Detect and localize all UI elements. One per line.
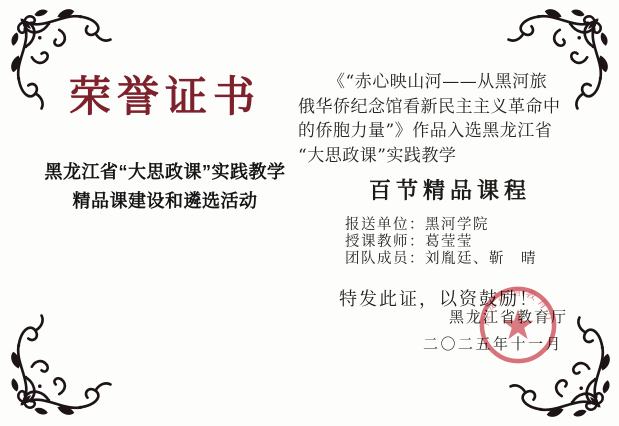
field-value: 刘胤廷、靳 晴 bbox=[425, 251, 537, 267]
certificate-subtitle: 黑龙江省“大思政课”实践教学 精品课建设和遴选活动 bbox=[30, 158, 300, 216]
award-description-line-1: 《“赤心映山河——从黑河旅 bbox=[298, 70, 602, 95]
recipient-fields: 报送单位：黑河学院 授课教师：葛莹莹 团队成员：刘胤廷、靳 晴 bbox=[345, 217, 602, 268]
field-lecturer: 授课教师：葛莹莹 bbox=[345, 234, 602, 251]
field-value: 葛莹莹 bbox=[425, 234, 473, 250]
award-description-line-3: 的侨胞力量”》作品入选黑龙江省 bbox=[298, 119, 602, 144]
field-label: 报送单位： bbox=[345, 217, 425, 233]
official-seal: 黑龙江省教育厅 bbox=[477, 284, 559, 366]
award-description: 《“赤心映山河——从黑河旅 俄华侨纪念馆看新民主主义革命中 的侨胞力量”》作品入… bbox=[298, 70, 602, 168]
field-submitting-unit: 报送单位：黑河学院 bbox=[345, 217, 602, 234]
certificate-right-block: 《“赤心映山河——从黑河旅 俄华侨纪念馆看新民主主义革命中 的侨胞力量”》作品入… bbox=[298, 70, 602, 311]
field-value: 黑河学院 bbox=[425, 217, 489, 233]
field-label: 授课教师： bbox=[345, 234, 425, 250]
certificate-left-block: 荣誉证书 黑龙江省“大思政课”实践教学 精品课建设和遴选活动 bbox=[30, 64, 300, 216]
certificate-title: 荣誉证书 bbox=[30, 64, 300, 124]
field-label: 团队成员： bbox=[345, 251, 425, 267]
award-description-line-4: “大思政课”实践教学 bbox=[298, 144, 602, 169]
honor-certificate: 荣誉证书 黑龙江省“大思政课”实践教学 精品课建设和遴选活动 《“赤心映山河——… bbox=[0, 0, 619, 426]
seal-star-icon bbox=[502, 309, 533, 339]
subtitle-line-2: 精品课建设和遴选活动 bbox=[30, 187, 300, 216]
corner-flourish-bottom-left-icon bbox=[8, 312, 114, 418]
subtitle-line-1: 黑龙江省“大思政课”实践教学 bbox=[30, 158, 300, 187]
award-description-line-2: 俄华侨纪念馆看新民主主义革命中 bbox=[298, 95, 602, 120]
course-title: 百节精品课程 bbox=[298, 174, 602, 205]
field-team-members: 团队成员：刘胤廷、靳 晴 bbox=[345, 251, 602, 268]
